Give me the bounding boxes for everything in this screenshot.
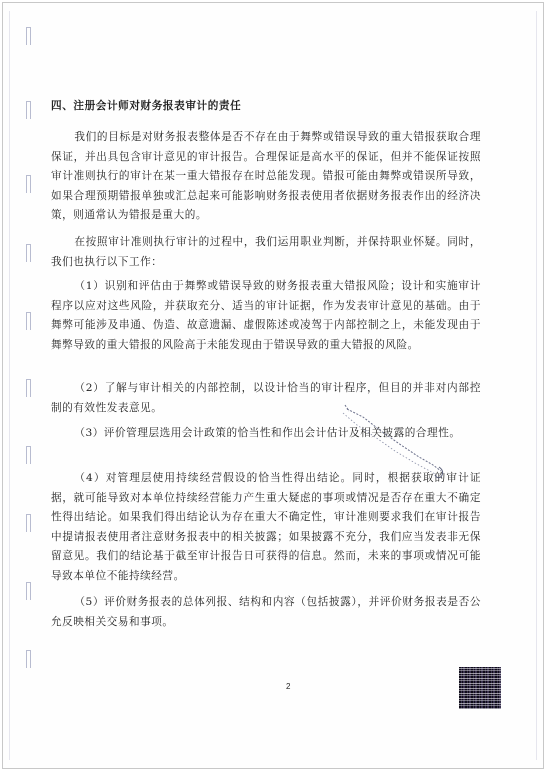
binding-hole-mark bbox=[26, 312, 31, 330]
section-heading: 四、注册会计师对财务报表审计的责任 bbox=[51, 98, 481, 113]
paragraph-item-5: （5）评价财务报表的总体列报、结构和内容（包括披露），并评价财务报表是否公允反映… bbox=[51, 593, 481, 632]
binding-hole-mark bbox=[26, 175, 31, 193]
paragraph-item-2: （2）了解与审计相关的内部控制，以设计恰当的审计程序，但目的并非对内部控制的有效… bbox=[51, 379, 481, 418]
binding-hole-mark bbox=[26, 244, 31, 262]
binding-hole-mark bbox=[26, 101, 31, 119]
paragraph-item-1: （1）识别和评估由于舞弊或错误导致的财务报表重大错报风险；设计和实施审计程序以应… bbox=[51, 277, 481, 355]
page-edge-rule bbox=[536, 11, 537, 760]
binding-hole-mark bbox=[26, 514, 31, 532]
page-number: 2 bbox=[286, 682, 290, 691]
paragraph-item-3: （3）评价管理层选用会计政策的恰当性和作出会计估计及相关披露的合理性。 bbox=[51, 424, 481, 444]
binding-hole-mark bbox=[26, 650, 31, 668]
page-edge-rule bbox=[9, 11, 10, 760]
binding-hole-mark bbox=[26, 446, 31, 464]
qr-code-pattern bbox=[459, 667, 501, 709]
document-page: 四、注册会计师对财务报表审计的责任 我们的目标是对财务报表整体是否不存在由于舞弊… bbox=[2, 2, 544, 769]
binding-hole-mark bbox=[26, 379, 31, 397]
binding-hole-mark bbox=[26, 27, 31, 45]
paragraph-procedures-intro: 在按照审计准则执行审计的过程中，我们运用职业判断，并保持职业怀疑。同时，我们也执… bbox=[51, 233, 481, 272]
paragraph-objective: 我们的目标是对财务报表整体是否不存在由于舞弊或错误导致的重大错报获取合理保证，并… bbox=[51, 128, 481, 226]
paragraph-item-4: （4）对管理层使用持续经营假设的恰当性得出结论。同时，根据获取的审计证据，就可能… bbox=[51, 469, 481, 587]
binding-hole-mark bbox=[26, 582, 31, 600]
